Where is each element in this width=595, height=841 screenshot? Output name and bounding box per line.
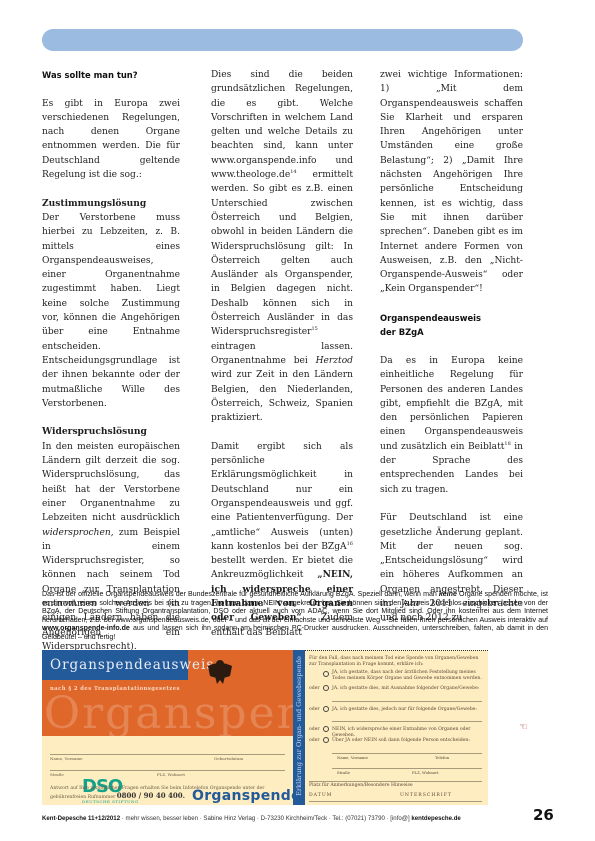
card-subtitle: nach § 2 des Transplantationsgesetzes	[50, 686, 180, 692]
section-heading: Was sollte man tun?	[42, 68, 180, 82]
field-label: Name, Vorname	[337, 755, 368, 761]
paragraph: zwei wichtige Informationen: 1) „Mit dem…	[380, 68, 523, 297]
date-label: DATUM	[309, 793, 332, 799]
card-footer-text: Antwort auf Ihre persönlichen Fragen erh…	[50, 786, 290, 801]
paragraph: Der Verstorbene muss hierbei zu Lebzeite…	[42, 211, 180, 411]
option-no-radio[interactable]	[323, 726, 329, 732]
or-label: oder	[309, 738, 320, 744]
field-label: Telefon	[435, 755, 449, 761]
card-intro: Für den Fall, dass nach meinem Tod eine …	[309, 656, 484, 667]
or-label: oder	[309, 686, 320, 692]
card-title: Organspendeausweis	[42, 650, 188, 680]
card-watermark: Organspende	[44, 690, 293, 736]
option-yes-all-radio[interactable]	[323, 671, 329, 677]
federal-eagle-icon	[205, 656, 235, 686]
page-footer: Kent-Depesche 11+12/2012 · mehr wissen, …	[42, 815, 461, 822]
paragraph: Es gibt in Europa zwei verschiedenen Reg…	[42, 97, 180, 183]
field-label: Name, Vorname	[50, 756, 83, 761]
section-heading: Organspendeausweisder BZgA	[380, 311, 523, 340]
option-label: JA, ich gestatte, dass nach der ärztlich…	[332, 670, 484, 681]
header-bar	[42, 29, 523, 51]
field-label: PLZ, Wohnort	[412, 770, 439, 776]
field-label: Straße	[50, 772, 64, 777]
field-label: Straße	[337, 770, 350, 776]
publication-name: Kent-Depesche 11+12/2012	[42, 815, 120, 822]
pointing-hand-icon: ☜	[519, 722, 528, 733]
paragraph: Da es in Europa keine einheitliche Regel…	[380, 354, 523, 497]
option-label: JA, ich gestatte dies, jedoch nur für fo…	[332, 707, 484, 713]
fill-line	[332, 701, 482, 702]
fill-line	[332, 721, 482, 722]
paragraph: Dies sind die beiden grundsätzlichen Reg…	[211, 68, 353, 425]
card-orange-panel: Organspende Organspendeausweis nach § 2 …	[42, 650, 293, 736]
option-yes-only-radio[interactable]	[323, 706, 329, 712]
fill-line	[332, 753, 482, 754]
option-yes-except-radio[interactable]	[323, 685, 329, 691]
subheading: Zustimmungslösung	[42, 197, 180, 211]
field-line	[50, 754, 285, 755]
column-1: Was sollte man tun? Es gibt in Europa zw…	[42, 68, 180, 654]
organspende-info-link[interactable]: www.organspende-info.de	[42, 625, 130, 632]
field-label: Geburtsdatum	[214, 756, 243, 761]
field-label: PLZ, Wohnort	[157, 772, 185, 777]
donor-card-back: Für den Fall, dass nach meinem Tod eine …	[305, 650, 488, 805]
notes-label: Platz für Anmerkungen/Besondere Hinweise	[309, 783, 413, 789]
column-3: zwei wichtige Informationen: 1) „Mit dem…	[380, 68, 523, 626]
donor-card-front: Organspende Organspendeausweis nach § 2 …	[42, 650, 293, 805]
field-line	[50, 770, 285, 771]
signature-label: UNTERSCHRIFT	[400, 793, 452, 799]
card-spine: Erklärung zur Organ- und Gewebespende	[293, 650, 305, 805]
page-number: 26	[533, 806, 554, 824]
option-person-decides-radio[interactable]	[323, 737, 329, 743]
fill-line	[332, 768, 482, 769]
option-label: Über JA oder NEIN soll dann folgende Per…	[332, 738, 484, 744]
column-2: Dies sind die beiden grundsätzlichen Reg…	[211, 68, 353, 640]
option-label: JA, ich gestatte dies, mit Ausnahme folg…	[332, 686, 484, 692]
subheading: Widerspruchslösung	[42, 425, 180, 439]
fill-line	[309, 781, 482, 782]
fill-line	[309, 801, 482, 802]
or-label: oder	[309, 707, 320, 713]
spine-text: Erklärung zur Organ- und Gewebespende	[295, 650, 303, 802]
or-label: oder	[309, 727, 320, 733]
website-link[interactable]: kentdepesche.de	[411, 815, 460, 822]
option-label: NEIN, ich widerspreche einer Entnahme vo…	[332, 727, 484, 738]
image-caption: Das ist der offizielle Organspendeauswei…	[42, 591, 548, 643]
